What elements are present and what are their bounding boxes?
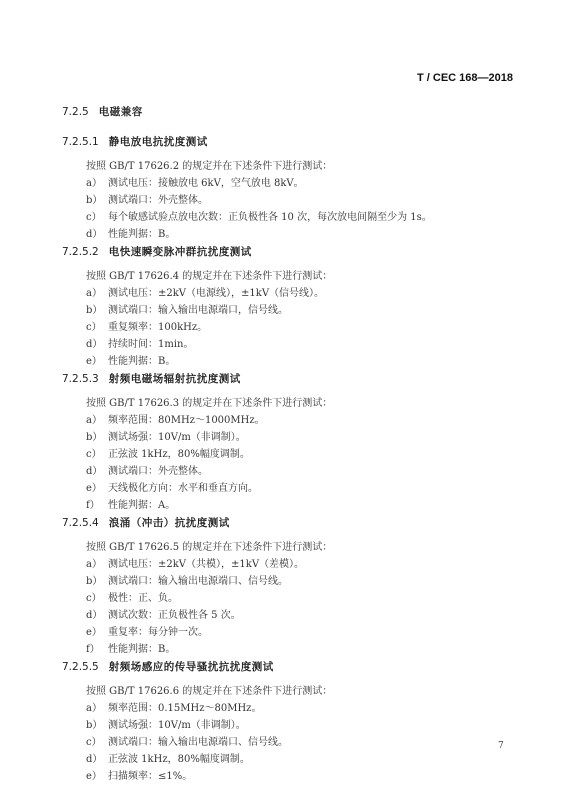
list-item: c）测试端口：输入输出电源端口、信号线。 (86, 733, 288, 748)
intro-text: 按照 GB/T 17626.3 的规定并在下述条件下进行测试： (86, 394, 332, 409)
subsection-title: 浪涌（冲击）抗扰度测试 (109, 517, 230, 529)
subsection-number: 7.2.5.2 (62, 246, 99, 258)
item-text: 扫描频率：≤1%。 (108, 771, 192, 782)
subsection-title: 静电放电抗扰度测试 (109, 136, 208, 148)
subsection-number: 7.2.5.5 (62, 661, 99, 673)
list-item: b）测试场强：10V/m（非调制）。 (86, 428, 246, 443)
item-text: 测试场强：10V/m（非调制）。 (108, 432, 246, 443)
item-text: 测试电压：±2kV（共模），±1kV（差模）。 (108, 559, 304, 570)
item-marker: d） (86, 225, 108, 240)
item-marker: a） (86, 174, 108, 189)
list-item: f）性能判据：A。 (86, 496, 175, 511)
list-item: d）性能判据：B。 (86, 225, 175, 240)
item-text: 性能判据：B。 (108, 229, 175, 240)
item-marker: f） (86, 496, 108, 511)
list-item: b）测试场强：10V/m（非调制）。 (86, 716, 246, 731)
list-item: d）正弦波 1kHz，80%幅度调制。 (86, 750, 250, 765)
list-item: e）重复率：每分钟一次。 (86, 623, 208, 638)
item-marker: e） (86, 352, 108, 367)
subsection-number: 7.2.5.4 (62, 517, 99, 529)
item-text: 测试电压：±2kV（电源线），±1kV（信号线）。 (108, 288, 324, 299)
item-text: 测试端口：输入输出电源端口、信号线。 (108, 737, 288, 748)
list-item: e）性能判据：B。 (86, 352, 175, 367)
item-text: 天线极化方向：水平和垂直方向。 (108, 483, 258, 494)
list-item: c）极性：正、负。 (86, 589, 178, 604)
item-marker: c） (86, 445, 108, 460)
item-text: 持续时间：1min。 (108, 339, 193, 350)
list-item: a）测试电压：±2kV（电源线），±1kV（信号线）。 (86, 284, 324, 299)
item-marker: b） (86, 191, 108, 206)
subsection-heading: 7.2.5.1静电放电抗扰度测试 (62, 134, 208, 149)
item-marker: c） (86, 589, 108, 604)
section-title: 电磁兼容 (99, 106, 143, 118)
item-marker: a） (86, 699, 108, 714)
item-text: 测试场强：10V/m（非调制）。 (108, 720, 246, 731)
subsection-heading: 7.2.5.2电快速瞬变脉冲群抗扰度测试 (62, 244, 252, 259)
list-item: a）频率范围：0.15MHz～80MHz。 (86, 699, 261, 714)
list-item: b）测试端口：外壳整体。 (86, 191, 208, 206)
item-marker: f） (86, 640, 108, 655)
item-marker: d） (86, 750, 108, 765)
item-text: 性能判据：A。 (108, 500, 175, 511)
list-item: f）性能判据：B。 (86, 640, 175, 655)
item-text: 测试电压：接触放电 6kV，空气放电 8kV。 (108, 178, 304, 189)
item-marker: d） (86, 335, 108, 350)
item-text: 每个敏感试验点放电次数：正负极性各 10 次，每次放电间隔至少为 1s。 (108, 212, 432, 223)
item-marker: c） (86, 208, 108, 223)
item-text: 测试端口：输入输出电源端口、信号线。 (108, 576, 288, 587)
list-item: e）扫描频率：≤1%。 (86, 767, 192, 782)
list-item: e）天线极化方向：水平和垂直方向。 (86, 479, 258, 494)
list-item: a）频率范围：80MHz～1000MHz。 (86, 411, 265, 426)
item-marker: a） (86, 555, 108, 570)
item-marker: b） (86, 572, 108, 587)
subsection-number: 7.2.5.3 (62, 373, 99, 385)
list-item: b）测试端口：输入输出电源端口，信号线。 (86, 301, 288, 316)
list-item: b）测试端口：输入输出电源端口、信号线。 (86, 572, 288, 587)
item-text: 正弦波 1kHz，80%幅度调制。 (108, 754, 250, 765)
document-code: T / CEC 168—2018 (417, 72, 513, 84)
subsection-number: 7.2.5.1 (62, 136, 99, 148)
item-marker: a） (86, 284, 108, 299)
section-number: 7.2.5 (62, 106, 89, 118)
list-item: d）持续时间：1min。 (86, 335, 193, 350)
page-number: 7 (498, 741, 504, 751)
subsection-title: 电快速瞬变脉冲群抗扰度测试 (109, 246, 252, 258)
item-marker: b） (86, 301, 108, 316)
list-item: a）测试电压：接触放电 6kV，空气放电 8kV。 (86, 174, 304, 189)
item-marker: e） (86, 623, 108, 638)
item-text: 极性：正、负。 (108, 593, 178, 604)
item-marker: d） (86, 606, 108, 621)
intro-text: 按照 GB/T 17626.6 的规定并在下述条件下进行测试： (86, 682, 332, 697)
subsection-heading: 7.2.5.3射频电磁场辐射抗扰度测试 (62, 371, 241, 386)
section-heading: 7.2.5电磁兼容 (62, 104, 143, 119)
item-marker: b） (86, 716, 108, 731)
item-marker: e） (86, 767, 108, 782)
item-marker: a） (86, 411, 108, 426)
item-text: 性能判据：B。 (108, 644, 175, 655)
list-item: c）重复频率：100kHz。 (86, 318, 207, 333)
item-marker: c） (86, 318, 108, 333)
subsection-title: 射频电磁场辐射抗扰度测试 (109, 373, 241, 385)
item-marker: e） (86, 479, 108, 494)
item-marker: b） (86, 428, 108, 443)
intro-text: 按照 GB/T 17626.2 的规定并在下述条件下进行测试： (86, 157, 332, 172)
item-text: 重复频率：100kHz。 (108, 322, 207, 333)
item-text: 正弦波 1kHz，80%幅度调制。 (108, 449, 250, 460)
item-text: 频率范围：80MHz～1000MHz。 (108, 415, 265, 426)
item-text: 频率范围：0.15MHz～80MHz。 (108, 703, 261, 714)
list-item: c）每个敏感试验点放电次数：正负极性各 10 次，每次放电间隔至少为 1s。 (86, 208, 432, 223)
item-text: 重复率：每分钟一次。 (108, 627, 208, 638)
item-text: 测试端口：外壳整体。 (108, 466, 208, 477)
list-item: a）测试电压：±2kV（共模），±1kV（差模）。 (86, 555, 304, 570)
list-item: c）正弦波 1kHz，80%幅度调制。 (86, 445, 250, 460)
subsection-heading: 7.2.5.4浪涌（冲击）抗扰度测试 (62, 515, 230, 530)
item-text: 测试端口：输入输出电源端口，信号线。 (108, 305, 288, 316)
intro-text: 按照 GB/T 17626.5 的规定并在下述条件下进行测试： (86, 538, 332, 553)
item-text: 测试端口：外壳整体。 (108, 195, 208, 206)
subsection-title: 射频场感应的传导骚扰抗扰度测试 (109, 661, 274, 673)
item-marker: d） (86, 462, 108, 477)
subsection-heading: 7.2.5.5射频场感应的传导骚扰抗扰度测试 (62, 659, 274, 674)
item-text: 性能判据：B。 (108, 356, 175, 367)
list-item: d）测试次数：正负极性各 5 次。 (86, 606, 241, 621)
intro-text: 按照 GB/T 17626.4 的规定并在下述条件下进行测试： (86, 267, 332, 282)
item-text: 测试次数：正负极性各 5 次。 (108, 610, 241, 621)
item-marker: c） (86, 733, 108, 748)
list-item: d）测试端口：外壳整体。 (86, 462, 208, 477)
